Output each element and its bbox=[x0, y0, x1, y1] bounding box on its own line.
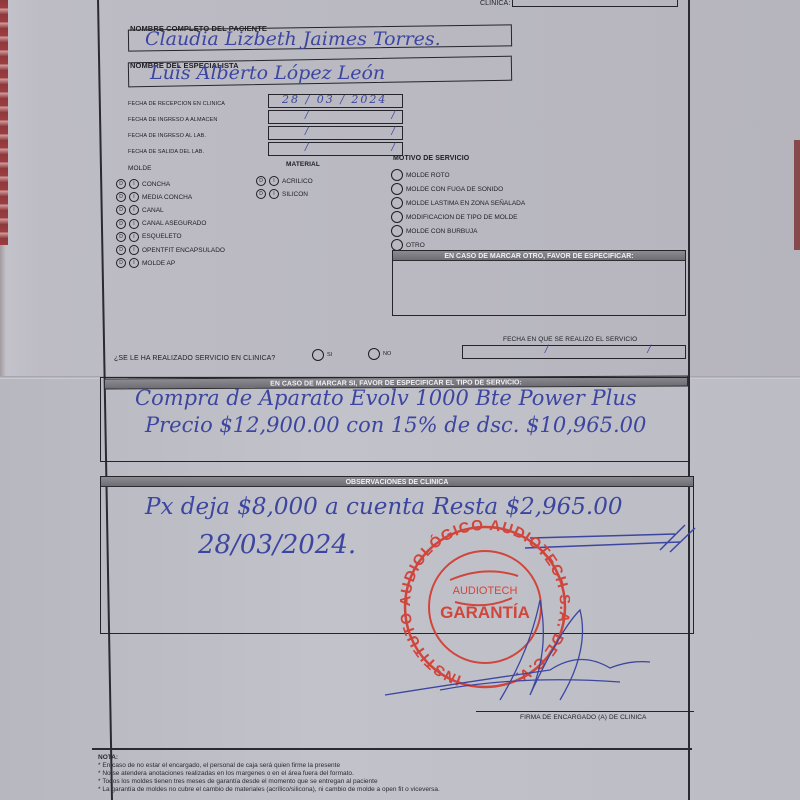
motivo-option[interactable]: MOLDE ROTO bbox=[391, 169, 450, 181]
service-no-option[interactable]: NO bbox=[368, 348, 391, 360]
radio-i[interactable]: I bbox=[269, 189, 279, 199]
date-value-warehouse: / / bbox=[305, 110, 435, 121]
material-option[interactable]: DISILICON bbox=[256, 189, 308, 199]
molde-option[interactable]: DICONCHA bbox=[116, 179, 170, 189]
radio-i[interactable]: I bbox=[269, 176, 279, 186]
date-value-reception: 28 / 03 / 2024 bbox=[282, 93, 387, 106]
radio-d[interactable]: D bbox=[116, 258, 126, 268]
radio-i[interactable]: I bbox=[129, 179, 139, 189]
note-item: * No se atendera anotaciones realizadas … bbox=[98, 770, 692, 777]
date-value-lab-out: / / bbox=[305, 142, 435, 153]
motivo-option[interactable]: MOLDE CON FUGA DE SONIDO bbox=[391, 183, 503, 195]
motivo-option-label: OTRO bbox=[406, 242, 425, 249]
clinic-label: CLINICA: bbox=[480, 0, 510, 7]
motivo-option-label: MOLDE ROTO bbox=[406, 172, 450, 179]
radio-yes-label: SI bbox=[327, 352, 332, 358]
table-background-edge bbox=[0, 0, 8, 245]
date-label-lab-in: FECHA DE INGRESO AL LAB. bbox=[128, 133, 206, 139]
motivo-option-label: MOLDE LASTIMA EN ZONA SEÑALADA bbox=[406, 200, 525, 207]
signature-scribble bbox=[380, 590, 670, 710]
note-item: * En caso de no estar el encargado, el p… bbox=[98, 762, 692, 769]
observations-line2: 28/03/2024. bbox=[198, 530, 356, 560]
material-option-label: SILICON bbox=[282, 191, 308, 198]
molde-option-label: CANAL ASEGURADO bbox=[142, 220, 206, 227]
specialist-name-value: Luis Alberto López León bbox=[150, 62, 385, 84]
motivo-option-label: MOLDE CON FUGA DE SONIDO bbox=[406, 186, 503, 193]
radio-d[interactable]: D bbox=[256, 176, 266, 186]
radio-circle[interactable] bbox=[391, 169, 403, 181]
molde-option[interactable]: DIOPENTFIT ENCAPSULADO bbox=[116, 245, 225, 255]
radio-i[interactable]: I bbox=[129, 245, 139, 255]
molde-option[interactable]: DIMEDIA CONCHA bbox=[116, 192, 192, 202]
note-item: * Todos los moldes tienen tres meses de … bbox=[98, 778, 692, 785]
material-title: MATERIAL bbox=[286, 161, 320, 168]
radio-circle[interactable] bbox=[391, 197, 403, 209]
service-date-label: FECHA EN QUE SE REALIZO EL SERVICIO bbox=[503, 336, 637, 343]
radio-i[interactable]: I bbox=[129, 232, 139, 242]
radio-no-label: NO bbox=[383, 351, 391, 357]
motivo-option[interactable]: MOLDE CON BURBUJA bbox=[391, 225, 478, 237]
radio-no[interactable] bbox=[368, 348, 380, 360]
service-type-line2: Precio $12,900.00 con 15% de dsc. $10,96… bbox=[145, 413, 646, 437]
service-yes-option[interactable]: SI bbox=[312, 349, 332, 361]
molde-option-label: ESQUELETO bbox=[142, 233, 182, 240]
date-label-lab-out: FECHA DE SALIDA DEL LAB. bbox=[128, 149, 204, 155]
otro-specify-field[interactable] bbox=[392, 250, 686, 316]
radio-circle[interactable] bbox=[391, 183, 403, 195]
service-question: ¿SE LE HA REALIZADO SERVICIO EN CLINICA? bbox=[114, 355, 275, 362]
date-label-reception: FECHA DE RECEPCION EN CLINICA bbox=[128, 101, 225, 107]
molde-option[interactable]: DICANAL bbox=[116, 205, 164, 215]
radio-d[interactable]: D bbox=[116, 205, 126, 215]
radio-i[interactable]: I bbox=[129, 219, 139, 229]
material-option[interactable]: DIACRILICO bbox=[256, 176, 313, 186]
molde-option-label: CONCHA bbox=[142, 181, 170, 188]
radio-d[interactable]: D bbox=[256, 189, 266, 199]
signature-label: FIRMA DE ENCARGADO (A) DE CLINICA bbox=[520, 714, 646, 721]
clinic-field[interactable] bbox=[512, 0, 678, 7]
molde-option-label: CANAL bbox=[142, 207, 164, 214]
service-type-line1: Compra de Aparato Evolv 1000 Bte Power P… bbox=[135, 386, 637, 410]
service-date-value: / / bbox=[545, 344, 699, 355]
molde-option[interactable]: DIESQUELETO bbox=[116, 232, 182, 242]
molde-title: MOLDE bbox=[128, 165, 152, 172]
radio-d[interactable]: D bbox=[116, 179, 126, 189]
radio-d[interactable]: D bbox=[116, 232, 126, 242]
radio-circle[interactable] bbox=[391, 211, 403, 223]
molde-option-label: MEDIA CONCHA bbox=[142, 194, 192, 201]
radio-i[interactable]: I bbox=[129, 258, 139, 268]
patient-name-value: Claudia Lizbeth Jaimes Torres. bbox=[145, 28, 441, 50]
radio-d[interactable]: D bbox=[116, 219, 126, 229]
table-background-edge-right bbox=[794, 140, 800, 250]
notes-title: NOTA: bbox=[98, 754, 692, 761]
date-value-lab-in: / / bbox=[305, 126, 435, 137]
molde-option-label: OPENTFIT ENCAPSULADO bbox=[142, 247, 225, 254]
molde-option[interactable]: DIMOLDE AP bbox=[116, 258, 175, 268]
motivo-title: MOTIVO DE SERVICIO bbox=[393, 155, 469, 162]
radio-d[interactable]: D bbox=[116, 245, 126, 255]
notes-section: NOTA: * En caso de no estar el encargado… bbox=[92, 748, 692, 800]
signature-line bbox=[476, 711, 694, 712]
material-option-label: ACRILICO bbox=[282, 178, 313, 185]
radio-i[interactable]: I bbox=[129, 192, 139, 202]
motivo-option-label: MOLDE CON BURBUJA bbox=[406, 228, 478, 235]
radio-yes[interactable] bbox=[312, 349, 324, 361]
radio-i[interactable]: I bbox=[129, 205, 139, 215]
radio-d[interactable]: D bbox=[116, 192, 126, 202]
observations-line1: Px deja $8,000 a cuenta Resta $2,965.00 bbox=[145, 494, 623, 520]
date-label-warehouse: FECHA DE INGRESO A ALMACEN bbox=[128, 117, 217, 123]
motivo-option[interactable]: MOLDE LASTIMA EN ZONA SEÑALADA bbox=[391, 197, 525, 209]
radio-circle[interactable] bbox=[391, 225, 403, 237]
note-item: * La garantía de moldes no cubre el camb… bbox=[98, 786, 692, 793]
molde-option-label: MOLDE AP bbox=[142, 260, 175, 267]
motivo-option-label: MODIFICACION DE TIPO DE MOLDE bbox=[406, 214, 517, 221]
motivo-option[interactable]: MODIFICACION DE TIPO DE MOLDE bbox=[391, 211, 517, 223]
molde-option[interactable]: DICANAL ASEGURADO bbox=[116, 219, 206, 229]
